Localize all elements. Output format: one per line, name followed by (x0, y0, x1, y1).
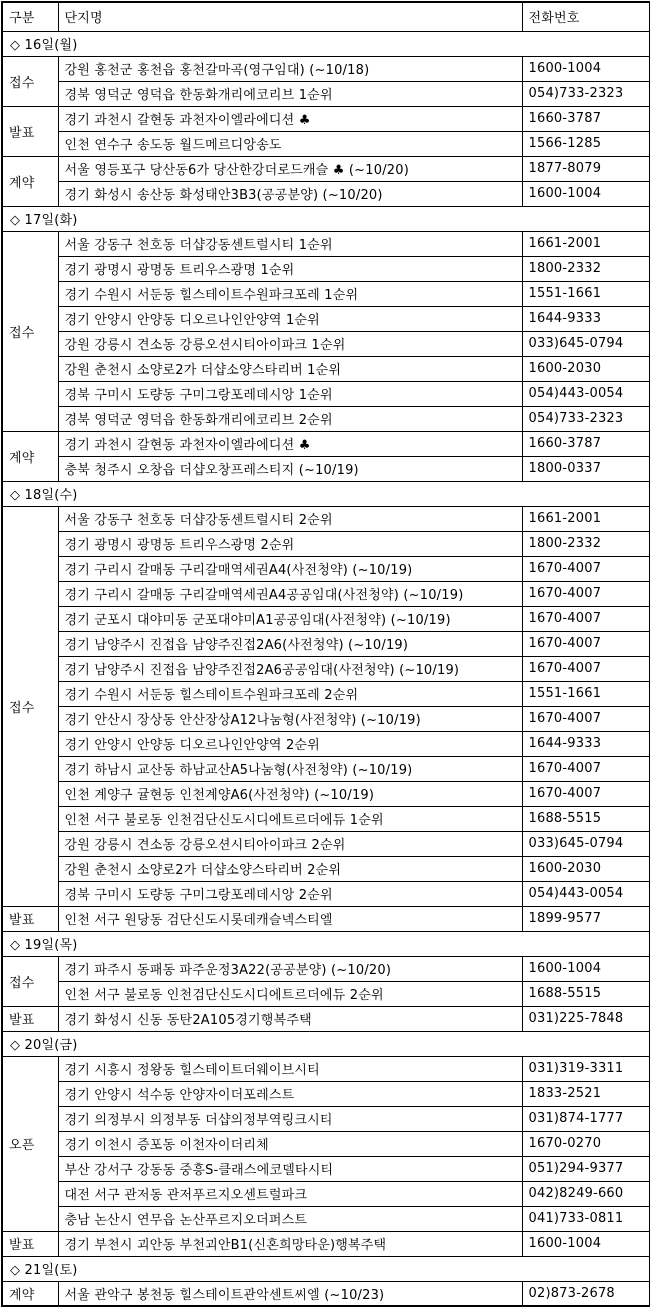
complex-name-cell: 충북 청주시 오창읍 더샵오창프레스티지 (~10/19) (58, 456, 522, 481)
complex-name-cell: 경기 안산시 장상동 안산장상A12나눔형(사전청약) (~10/19) (58, 706, 522, 731)
table-row: 접수경기 파주시 동패동 파주운정3A22(공공분양) (~10/20)1600… (2, 956, 650, 981)
table-row: 경기 하남시 교산동 하남교산A5나눔형(사전청약) (~10/19)1670-… (2, 756, 650, 781)
complex-name-cell: 경기 시흥시 정왕동 힐스테이트더웨이브시티 (58, 1056, 522, 1081)
table-row: 경북 영덕군 영덕읍 한동화개리에코리브 2순위054)733-2323 (2, 406, 650, 431)
phone-cell: 1800-0337 (522, 456, 650, 481)
category-cell: 계약 (2, 1281, 58, 1306)
category-cell: 접수 (2, 231, 58, 431)
table-row: 발표경기 부천시 괴안동 부천괴안B1(신혼희망타운)행복주택1600-1004 (2, 1231, 650, 1256)
phone-cell: 1661-2001 (522, 231, 650, 256)
phone-cell: 1899-9577 (522, 906, 650, 931)
date-section-row: ◇ 20일(금) (2, 1031, 650, 1056)
complex-name-cell: 경기 이천시 증포동 이천자이더리체 (58, 1131, 522, 1156)
table-row: 접수강원 홍천군 홍천읍 홍천갈마곡(영구임대) (~10/18)1600-10… (2, 56, 650, 81)
complex-name-cell: 경기 수원시 서둔동 힐스테이트수원파크포레 2순위 (58, 681, 522, 706)
complex-name-cell: 경기 군포시 대야미동 군포대야미A1공공임대(사전청약) (~10/19) (58, 606, 522, 631)
phone-cell: 1551-1661 (522, 281, 650, 306)
complex-name-cell: 강원 강릉시 견소동 강릉오션시티아이파크 2순위 (58, 831, 522, 856)
column-header-0: 구분 (2, 2, 58, 31)
table-row: 강원 강릉시 견소동 강릉오션시티아이파크 2순위033)645-0794 (2, 831, 650, 856)
date-section-label: ◇ 21일(토) (2, 1256, 650, 1281)
table-row: 인천 계양구 귤현동 인천계양A6(사전청약) (~10/19)1670-400… (2, 781, 650, 806)
phone-cell: 1600-1004 (522, 1231, 650, 1256)
phone-cell: 031)225-7848 (522, 1006, 650, 1031)
category-cell: 계약 (2, 431, 58, 481)
complex-name-cell: 경기 구리시 갈매동 구리갈매역세권A4공공임대(사전청약) (~10/19) (58, 581, 522, 606)
table-row: 경기 안양시 안양동 디오르나인안양역 2순위1644-9333 (2, 731, 650, 756)
table-row: 발표경기 과천시 갈현동 과천자이엘라에디션 ♣1660-3787 (2, 106, 650, 131)
table-row: 경기 이천시 증포동 이천자이더리체1670-0270 (2, 1131, 650, 1156)
complex-name-cell: 강원 강릉시 견소동 강릉오션시티아이파크 1순위 (58, 331, 522, 356)
phone-cell: 1566-1285 (522, 131, 650, 156)
category-cell: 발표 (2, 1231, 58, 1256)
date-section-row: ◇ 17일(화) (2, 206, 650, 231)
phone-cell: 1644-9333 (522, 731, 650, 756)
date-section-label: ◇ 16일(월) (2, 31, 650, 56)
complex-name-cell: 인천 서구 불로동 인천검단신도시디에트르더에듀 2순위 (58, 981, 522, 1006)
category-cell: 발표 (2, 106, 58, 156)
table-row: 부산 강서구 강동동 중흥S-클래스에코델타시티051)294-9377 (2, 1156, 650, 1181)
complex-name-cell: 서울 영등포구 당산동6가 당산한강더로드캐슬 ♣ (~10/20) (58, 156, 522, 181)
table-row: 발표경기 화성시 신동 동탄2A105경기행복주택031)225-7848 (2, 1006, 650, 1031)
complex-name-cell: 충남 논산시 연무읍 논산푸르지오더퍼스트 (58, 1206, 522, 1231)
complex-name-cell: 경기 화성시 신동 동탄2A105경기행복주택 (58, 1006, 522, 1031)
complex-name-cell: 경기 의정부시 의정부동 더샵의정부역링크시티 (58, 1106, 522, 1131)
schedule-table: 구분단지명전화번호◇ 16일(월)접수강원 홍천군 홍천읍 홍천갈마곡(영구임대… (1, 1, 650, 1307)
complex-name-cell: 인천 계양구 귤현동 인천계양A6(사전청약) (~10/19) (58, 781, 522, 806)
table-row: 강원 강릉시 견소동 강릉오션시티아이파크 1순위033)645-0794 (2, 331, 650, 356)
complex-name-cell: 경기 광명시 광명동 트리우스광명 1순위 (58, 256, 522, 281)
phone-cell: 1660-3787 (522, 431, 650, 456)
complex-name-cell: 경기 과천시 갈현동 과천자이엘라에디션 ♣ (58, 431, 522, 456)
phone-cell: 1877-8079 (522, 156, 650, 181)
table-row: 경기 화성시 송산동 화성태안3B3(공공분양) (~10/20)1600-10… (2, 181, 650, 206)
phone-cell: 1600-1004 (522, 56, 650, 81)
table-row: 인천 서구 불로동 인천검단신도시디에트르더에듀 2순위1688-5515 (2, 981, 650, 1006)
table-row: 경기 안양시 석수동 안양자이더포레스트1833-2521 (2, 1081, 650, 1106)
complex-name-cell: 경기 부천시 괴안동 부천괴안B1(신혼희망타운)행복주택 (58, 1231, 522, 1256)
phone-cell: 1670-4007 (522, 756, 650, 781)
complex-name-cell: 강원 춘천시 소양로2가 더샵소양스타리버 2순위 (58, 856, 522, 881)
table-row: 강원 춘천시 소양로2가 더샵소양스타리버 1순위1600-2030 (2, 356, 650, 381)
table-row: 계약경기 과천시 갈현동 과천자이엘라에디션 ♣1660-3787 (2, 431, 650, 456)
complex-name-cell: 경북 영덕군 영덕읍 한동화개리에코리브 2순위 (58, 406, 522, 431)
table-row: 오픈경기 시흥시 정왕동 힐스테이트더웨이브시티031)319-3311 (2, 1056, 650, 1081)
date-section-row: ◇ 21일(토) (2, 1256, 650, 1281)
category-cell: 계약 (2, 156, 58, 206)
complex-name-cell: 서울 강동구 천호동 더샵강동센트럴시티 1순위 (58, 231, 522, 256)
phone-cell: 031)874-1777 (522, 1106, 650, 1131)
phone-cell: 1800-2332 (522, 531, 650, 556)
phone-cell: 1660-3787 (522, 106, 650, 131)
table-row: 충남 논산시 연무읍 논산푸르지오더퍼스트041)733-0811 (2, 1206, 650, 1231)
table-row: 경기 수원시 서둔동 힐스테이트수원파크포레 2순위1551-1661 (2, 681, 650, 706)
phone-cell: 031)319-3311 (522, 1056, 650, 1081)
complex-name-cell: 강원 춘천시 소양로2가 더샵소양스타리버 1순위 (58, 356, 522, 381)
category-cell: 접수 (2, 56, 58, 106)
complex-name-cell: 강원 홍천군 홍천읍 홍천갈마곡(영구임대) (~10/18) (58, 56, 522, 81)
category-cell: 발표 (2, 906, 58, 931)
phone-cell: 1670-0270 (522, 1131, 650, 1156)
date-section-row: ◇ 19일(목) (2, 931, 650, 956)
complex-name-cell: 경기 안양시 안양동 디오르나인안양역 2순위 (58, 731, 522, 756)
phone-cell: 1670-4007 (522, 781, 650, 806)
phone-cell: 1644-9333 (522, 306, 650, 331)
phone-cell: 1670-4007 (522, 581, 650, 606)
phone-cell: 1670-4007 (522, 631, 650, 656)
complex-name-cell: 경북 구미시 도량동 구미그랑포레데시앙 2순위 (58, 881, 522, 906)
phone-cell: 1833-2521 (522, 1081, 650, 1106)
table-row: 경기 광명시 광명동 트리우스광명 1순위1800-2332 (2, 256, 650, 281)
phone-cell: 1670-4007 (522, 606, 650, 631)
phone-cell: 042)8249-660 (522, 1181, 650, 1206)
complex-name-cell: 경기 구리시 갈매동 구리갈매역세권A4(사전청약) (~10/19) (58, 556, 522, 581)
phone-cell: 054)443-0054 (522, 881, 650, 906)
phone-cell: 1670-4007 (522, 556, 650, 581)
table-row: 발표인천 서구 원당동 검단신도시롯데캐슬넥스티엘1899-9577 (2, 906, 650, 931)
phone-cell: 033)645-0794 (522, 831, 650, 856)
date-section-label: ◇ 20일(금) (2, 1031, 650, 1056)
complex-name-cell: 경기 안양시 안양동 디오르나인안양역 1순위 (58, 306, 522, 331)
column-header-row: 구분단지명전화번호 (2, 2, 650, 31)
phone-cell: 1661-2001 (522, 506, 650, 531)
table-row: 접수서울 강동구 천호동 더샵강동센트럴시티 1순위1661-2001 (2, 231, 650, 256)
date-section-row: ◇ 16일(월) (2, 31, 650, 56)
column-header-2: 전화번호 (522, 2, 650, 31)
complex-name-cell: 경기 안양시 석수동 안양자이더포레스트 (58, 1081, 522, 1106)
phone-cell: 1551-1661 (522, 681, 650, 706)
table-row: 접수서울 강동구 천호동 더샵강동센트럴시티 2순위1661-2001 (2, 506, 650, 531)
table-row: 경기 안양시 안양동 디오르나인안양역 1순위1644-9333 (2, 306, 650, 331)
complex-name-cell: 경기 광명시 광명동 트리우스광명 2순위 (58, 531, 522, 556)
table-row: 경기 수원시 서둔동 힐스테이트수원파크포레 1순위1551-1661 (2, 281, 650, 306)
category-cell: 접수 (2, 956, 58, 1006)
table-row: 경기 남양주시 진접읍 남양주진접2A6(사전청약) (~10/19)1670-… (2, 631, 650, 656)
complex-name-cell: 인천 서구 원당동 검단신도시롯데캐슬넥스티엘 (58, 906, 522, 931)
phone-cell: 054)733-2323 (522, 81, 650, 106)
category-cell: 접수 (2, 506, 58, 906)
complex-name-cell: 경기 과천시 갈현동 과천자이엘라에디션 ♣ (58, 106, 522, 131)
phone-cell: 1600-1004 (522, 181, 650, 206)
table-row: 계약서울 관악구 봉천동 힐스테이트관악센트씨엘 (~10/23)02)873-… (2, 1281, 650, 1306)
complex-name-cell: 대전 서구 관저동 관저푸르지오센트럴파크 (58, 1181, 522, 1206)
table-row: 계약서울 영등포구 당산동6가 당산한강더로드캐슬 ♣ (~10/20)1877… (2, 156, 650, 181)
complex-name-cell: 경기 하남시 교산동 하남교산A5나눔형(사전청약) (~10/19) (58, 756, 522, 781)
phone-cell: 02)873-2678 (522, 1281, 650, 1306)
phone-cell: 1800-2332 (522, 256, 650, 281)
table-row: 강원 춘천시 소양로2가 더샵소양스타리버 2순위1600-2030 (2, 856, 650, 881)
phone-cell: 1600-2030 (522, 356, 650, 381)
complex-name-cell: 인천 연수구 송도동 월드메르디앙송도 (58, 131, 522, 156)
complex-name-cell: 경기 수원시 서둔동 힐스테이트수원파크포레 1순위 (58, 281, 522, 306)
complex-name-cell: 경기 파주시 동패동 파주운정3A22(공공분양) (~10/20) (58, 956, 522, 981)
table-row: 경기 안산시 장상동 안산장상A12나눔형(사전청약) (~10/19)1670… (2, 706, 650, 731)
phone-cell: 041)733-0811 (522, 1206, 650, 1231)
table-row: 경기 구리시 갈매동 구리갈매역세권A4(사전청약) (~10/19)1670-… (2, 556, 650, 581)
complex-name-cell: 경북 영덕군 영덕읍 한동화개리에코리브 1순위 (58, 81, 522, 106)
complex-name-cell: 부산 강서구 강동동 중흥S-클래스에코델타시티 (58, 1156, 522, 1181)
table-row: 경기 의정부시 의정부동 더샵의정부역링크시티031)874-1777 (2, 1106, 650, 1131)
phone-cell: 1670-4007 (522, 656, 650, 681)
date-section-label: ◇ 19일(목) (2, 931, 650, 956)
complex-name-cell: 서울 관악구 봉천동 힐스테이트관악센트씨엘 (~10/23) (58, 1281, 522, 1306)
table-row: 경북 구미시 도량동 구미그랑포레데시앙 2순위054)443-0054 (2, 881, 650, 906)
phone-cell: 1688-5515 (522, 806, 650, 831)
category-cell: 발표 (2, 1006, 58, 1031)
complex-name-cell: 경기 남양주시 진접읍 남양주진접2A6공공임대(사전청약) (~10/19) (58, 656, 522, 681)
column-header-1: 단지명 (58, 2, 522, 31)
phone-cell: 1600-2030 (522, 856, 650, 881)
phone-cell: 033)645-0794 (522, 331, 650, 356)
phone-cell: 1670-4007 (522, 706, 650, 731)
table-row: 경기 남양주시 진접읍 남양주진접2A6공공임대(사전청약) (~10/19)1… (2, 656, 650, 681)
table-row: 경기 군포시 대야미동 군포대야미A1공공임대(사전청약) (~10/19)16… (2, 606, 650, 631)
complex-name-cell: 경기 남양주시 진접읍 남양주진접2A6(사전청약) (~10/19) (58, 631, 522, 656)
table-row: 경기 구리시 갈매동 구리갈매역세권A4공공임대(사전청약) (~10/19)1… (2, 581, 650, 606)
table-row: 인천 연수구 송도동 월드메르디앙송도1566-1285 (2, 131, 650, 156)
phone-cell: 054)733-2323 (522, 406, 650, 431)
date-section-label: ◇ 18일(수) (2, 481, 650, 506)
phone-cell: 1688-5515 (522, 981, 650, 1006)
phone-cell: 054)443-0054 (522, 381, 650, 406)
complex-name-cell: 인천 서구 불로동 인천검단신도시디에트르더에듀 1순위 (58, 806, 522, 831)
date-section-label: ◇ 17일(화) (2, 206, 650, 231)
category-cell: 오픈 (2, 1056, 58, 1231)
complex-name-cell: 경기 화성시 송산동 화성태안3B3(공공분양) (~10/20) (58, 181, 522, 206)
date-section-row: ◇ 18일(수) (2, 481, 650, 506)
table-row: 경기 광명시 광명동 트리우스광명 2순위1800-2332 (2, 531, 650, 556)
table-row: 경북 구미시 도량동 구미그랑포레데시앙 1순위054)443-0054 (2, 381, 650, 406)
phone-cell: 1600-1004 (522, 956, 650, 981)
table-row: 대전 서구 관저동 관저푸르지오센트럴파크042)8249-660 (2, 1181, 650, 1206)
complex-name-cell: 경북 구미시 도량동 구미그랑포레데시앙 1순위 (58, 381, 522, 406)
table-row: 충북 청주시 오창읍 더샵오창프레스티지 (~10/19)1800-0337 (2, 456, 650, 481)
complex-name-cell: 서울 강동구 천호동 더샵강동센트럴시티 2순위 (58, 506, 522, 531)
phone-cell: 051)294-9377 (522, 1156, 650, 1181)
table-row: 인천 서구 불로동 인천검단신도시디에트르더에듀 1순위1688-5515 (2, 806, 650, 831)
table-row: 경북 영덕군 영덕읍 한동화개리에코리브 1순위054)733-2323 (2, 81, 650, 106)
